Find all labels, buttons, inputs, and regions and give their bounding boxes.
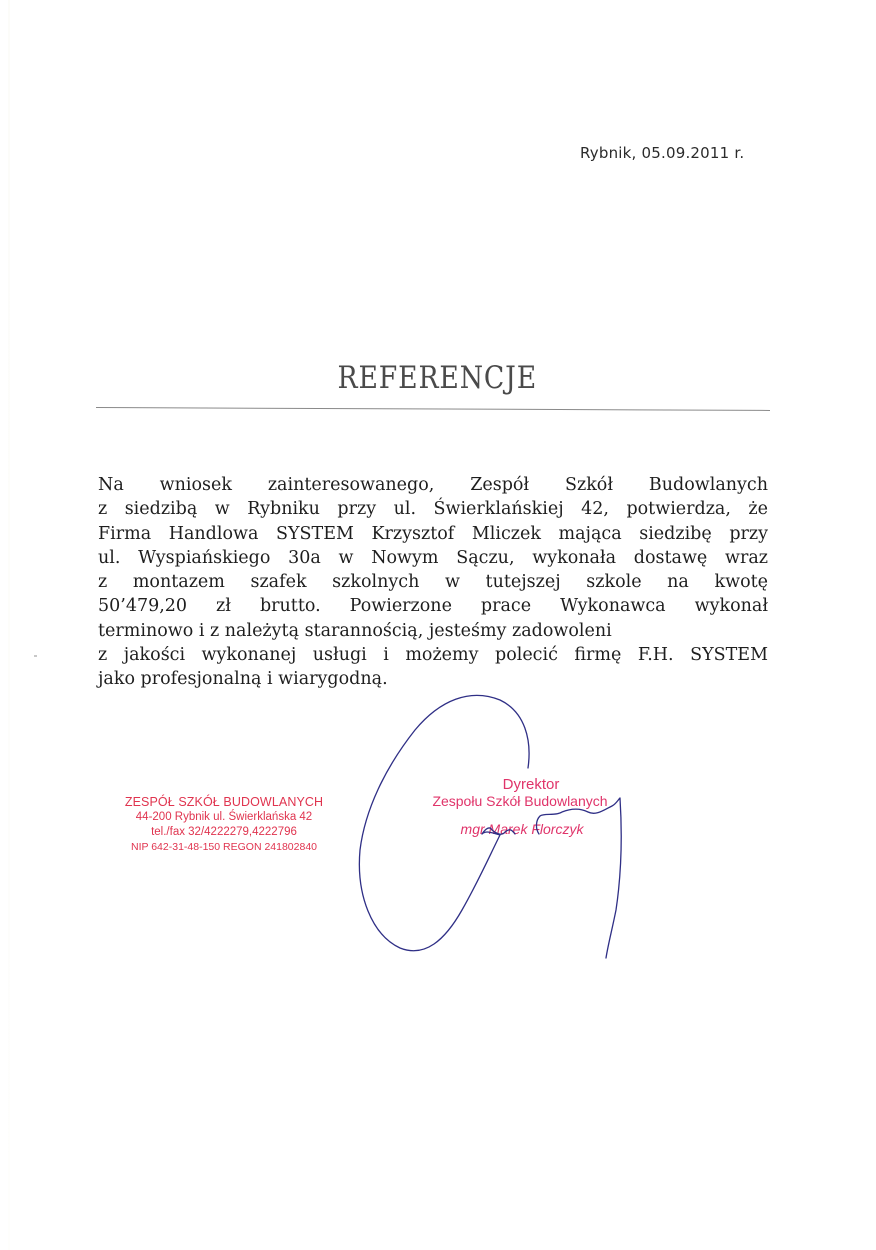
body-line: 50’479,20 zł brutto. Powierzone prace Wy… [98, 594, 768, 618]
document-title: REFERENCJE [61, 360, 814, 396]
body-line: z montazem szafek szkolnych w tutejszej … [98, 570, 768, 594]
body-line: jako profesjonalną i wiarygodną. [98, 667, 768, 691]
title-underline [96, 407, 770, 411]
reference-body: Na wniosek zainteresowanego, Zespół Szkó… [98, 473, 768, 692]
institution-stamp: ZESPÓŁ SZKÓŁ BUDOWLANYCH 44-200 Rybnik u… [112, 794, 336, 855]
director-role: Dyrektor [410, 776, 630, 793]
director-name: mgr Marek Florczyk [410, 819, 630, 839]
document-page: Rybnik, 05.09.2011 r. REFERENCJE Na wnio… [0, 0, 876, 1250]
stamp-address: 44-200 Rybnik ul. Świerklańska 42 [112, 810, 336, 825]
stamp-phone: tel./fax 32/4222279,4222796 [112, 825, 336, 840]
body-line: z jakości wykonanej usługi i możemy pole… [98, 643, 768, 667]
stamp-tax-ids: NIP 642-31-48-150 REGON 241802840 [112, 840, 336, 855]
scan-speck [34, 655, 37, 657]
director-stamp: Dyrektor Zespołu Szkół Budowlanych mgr M… [410, 776, 630, 839]
director-unit: Zespołu Szkół Budowlanych [410, 793, 630, 810]
body-line: ul. Wyspiańskiego 30a w Nowym Sączu, wyk… [98, 546, 768, 570]
body-line: terminowo i z należytą starannością, jes… [98, 619, 768, 643]
body-line: Firma Handlowa SYSTEM Krzysztof Mliczek … [98, 522, 768, 546]
place-date: Rybnik, 05.09.2011 r. [580, 144, 744, 162]
body-line: z siedzibą w Rybniku przy ul. Świerklańs… [98, 497, 768, 521]
scan-edge [8, 0, 10, 1250]
stamp-institution-name: ZESPÓŁ SZKÓŁ BUDOWLANYCH [112, 794, 336, 810]
body-line: Na wniosek zainteresowanego, Zespół Szkó… [98, 473, 768, 497]
